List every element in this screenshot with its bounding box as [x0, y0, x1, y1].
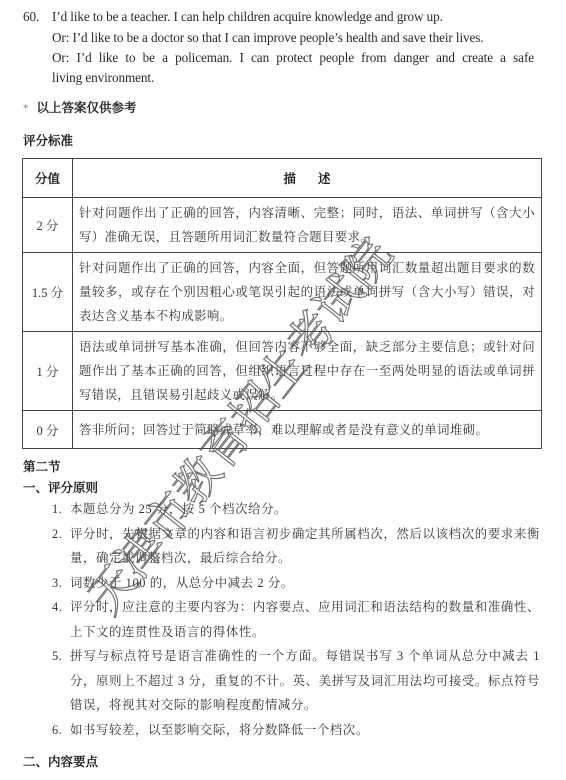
reference-note-text: 以上答案仅供参考 — [37, 100, 137, 115]
row-score: 1.5 分 — [23, 253, 73, 332]
sample-answer-line: living environment. — [52, 68, 154, 88]
section-title: 第二节 — [23, 457, 61, 475]
list-item: 3. 词数少于 100 的，从总分中减去 2 分。 — [52, 571, 540, 596]
list-item-number: 5. — [52, 644, 63, 669]
list-item-number: 2. — [52, 522, 63, 547]
list-item: 1. 本题总分为 25 分，按 5 个档次给分。 — [52, 497, 540, 522]
answer-key-page: 60. I’d like to be a teacher. I can help… — [0, 0, 566, 780]
content-points-title: 二、内容要点 — [23, 752, 98, 770]
list-item-text: 评分时，先根据文章的内容和语言初步确定其所属档次，然后以该档次的要求来衡量，确定… — [70, 527, 540, 566]
list-item-number: 4. — [52, 595, 63, 620]
list-item-text: 评分时，应注意的主要内容为：内容要点、应用词汇和语法结构的数量和准确性、上下文的… — [70, 600, 540, 639]
row-description: 答非所问；回答过于简略或草率，难以理解或者是没有意义的单词堆砌。 — [73, 411, 542, 449]
list-item: 4. 评分时，应注意的主要内容为：内容要点、应用词汇和语法结构的数量和准确性、上… — [52, 595, 540, 644]
table-row: 1.5 分 针对问题作出了正确的回答，内容全面，但答题所用词汇数量超出题目要求的… — [23, 253, 542, 332]
list-item: 2. 评分时，先根据文章的内容和语言初步确定其所属档次，然后以该档次的要求来衡量… — [52, 522, 540, 571]
list-item: 5. 拼写与标点符号是语言准确性的一个方面。每错误书写 3 个单词从总分中减去 … — [52, 644, 540, 718]
list-item-text: 拼写与标点符号是语言准确性的一个方面。每错误书写 3 个单词从总分中减去 1 分… — [70, 649, 540, 712]
row-score: 1 分 — [23, 332, 73, 411]
row-description: 针对问题作出了正确的回答，内容全面，但答题所用词汇数量超出题目要求的数量较多，或… — [73, 253, 542, 332]
row-description: 语法或单词拼写基本准确，但回答内容不够全面，缺乏部分主要信息；或针对问题作出了基… — [73, 332, 542, 411]
sample-answer-line: Or: I’d like to be a policeman. I can pr… — [52, 48, 534, 68]
question-number: 60. — [23, 7, 39, 27]
list-item-text: 本题总分为 25 分，按 5 个档次给分。 — [70, 502, 287, 516]
table-row: 2 分 针对问题作出了正确的回答，内容清晰、完整；同时，语法、单词拼写（含大小写… — [23, 198, 542, 253]
list-item: 6. 如书写较差，以至影响交际，将分数降低一个档次。 — [52, 718, 540, 743]
header-score: 分值 — [23, 159, 73, 198]
row-score: 2 分 — [23, 198, 73, 253]
scoring-criteria-title: 评分标准 — [23, 131, 73, 149]
principles-title: 一、评分原则 — [23, 478, 98, 496]
scoring-principles-list: 1. 本题总分为 25 分，按 5 个档次给分。 2. 评分时，先根据文章的内容… — [52, 497, 540, 742]
list-item-text: 如书写较差，以至影响交际，将分数降低一个档次。 — [70, 723, 369, 737]
asterisk-icon: * — [23, 102, 29, 115]
table-row: 1 分 语法或单词拼写基本准确，但回答内容不够全面，缺乏部分主要信息；或针对问题… — [23, 332, 542, 411]
list-item-number: 1. — [52, 497, 63, 522]
scoring-rubric-table: 分值 描述 2 分 针对问题作出了正确的回答，内容清晰、完整；同时，语法、单词拼… — [22, 158, 542, 449]
table-row: 0 分 答非所问；回答过于简略或草率，难以理解或者是没有意义的单词堆砌。 — [23, 411, 542, 449]
list-item-text: 词数少于 100 的，从总分中减去 2 分。 — [70, 576, 294, 590]
sample-answer-line: I’d like to be a teacher. I can help chi… — [52, 7, 443, 27]
table-header-row: 分值 描述 — [23, 159, 542, 198]
row-description: 针对问题作出了正确的回答，内容清晰、完整；同时，语法、单词拼写（含大小写）准确无… — [73, 198, 542, 253]
sample-answer-line: Or: I’d like to be a doctor so that I ca… — [52, 28, 483, 48]
list-item-number: 3. — [52, 571, 63, 596]
header-description: 描述 — [73, 159, 542, 198]
watermark: 天津市教育招生考试院 — [70, 585, 71, 586]
reference-note: *以上答案仅供参考 — [23, 98, 137, 116]
list-item-number: 6. — [52, 718, 63, 743]
row-score: 0 分 — [23, 411, 73, 449]
